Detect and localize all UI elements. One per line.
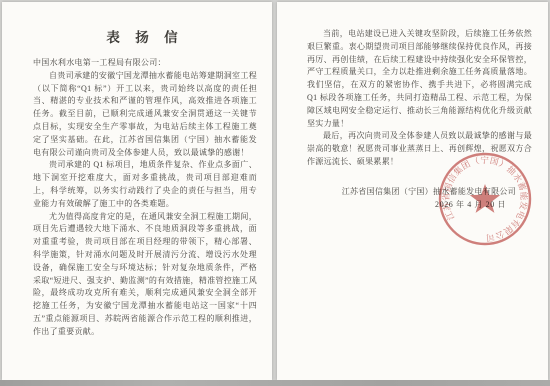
signature-company: 江苏省国信集团（宁国）抽水蓄能发电有限公司 (307, 185, 516, 198)
paragraph: 尤为值得高度肯定的是，在通风兼安全洞工程施工期间，项目先后遭遇较大地下涌水、不良… (33, 211, 257, 339)
paragraph: 贵司承建的 Q1 标项目，地质条件复杂、作业点多面广、地下洞室开挖难度大，面对多… (33, 159, 257, 210)
signature-date: 2026 年 4 月 20 日 (307, 198, 516, 212)
letter-page-1: 表 扬 信 中国水利水电第一工程局有限公司： 自贵司承建的安徽宁国龙潭抽水蓄能电… (2, 2, 272, 380)
paragraph: 自贵司承建的安徽宁国龙潭抽水蓄能电站筹建期洞室工程（以下简称“Q1 标”）开工以… (33, 70, 257, 160)
scanner-edge-strip (0, 380, 550, 386)
scanned-letter-canvas: 表 扬 信 中国水利水电第一工程局有限公司： 自贵司承建的安徽宁国龙潭抽水蓄能电… (0, 0, 550, 386)
letter-title: 表 扬 信 (33, 26, 257, 46)
signature-block: 江苏省国信集团（宁国）抽水蓄能发电有限公司 2026 年 4 月 20 日 (307, 185, 532, 212)
paragraph: 最后，再次向贵司及全体参建人员致以最诚挚的感谢与最崇高的敬意！祝愿贵司事业蒸蒸日… (307, 130, 532, 168)
paragraph: 当前，电站建设已进入关键攻坚阶段，后续施工任务依然艰巨繁重。衷心期望贵司项目部能… (307, 28, 532, 130)
page-1-content: 表 扬 信 中国水利水电第一工程局有限公司： 自贵司承建的安徽宁国龙潭抽水蓄能电… (2, 2, 272, 339)
letter-page-2: 当前，电站建设已进入关键攻坚阶段，后续施工任务依然艰巨繁重。衷心期望贵司项目部能… (277, 2, 548, 380)
recipient-line: 中国水利水电第一工程局有限公司： (33, 57, 257, 70)
page-2-content: 当前，电站建设已进入关键攻坚阶段，后续施工任务依然艰巨繁重。衷心期望贵司项目部能… (277, 2, 548, 212)
